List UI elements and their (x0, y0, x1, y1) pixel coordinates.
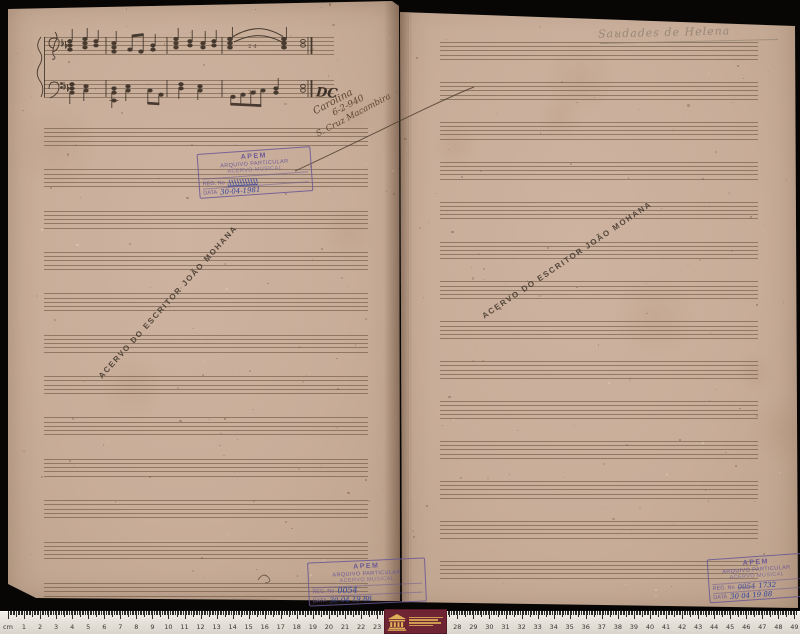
speck (16, 53, 17, 54)
speck (285, 521, 287, 523)
speck (291, 528, 293, 530)
speck (365, 479, 367, 481)
speck (448, 396, 450, 398)
staff-line (440, 214, 758, 215)
staff-line (440, 538, 758, 539)
staff-line (440, 46, 758, 47)
staff-line (44, 37, 334, 38)
speck (436, 193, 437, 194)
ruler-number: 48 (774, 623, 782, 631)
staff-line (44, 546, 368, 547)
speck (284, 103, 286, 105)
ruler-number: 40 (646, 623, 654, 631)
speck (41, 476, 43, 478)
speck (446, 39, 447, 40)
ruler-number: 13 (212, 623, 220, 631)
speck (69, 460, 71, 462)
speck (570, 163, 572, 165)
speck (219, 445, 220, 446)
speck (603, 463, 605, 465)
archive-plaque (384, 609, 447, 634)
ruler-number: 20 (325, 623, 333, 631)
staff-line (440, 50, 758, 51)
staff-line (440, 202, 758, 203)
speck (74, 465, 75, 466)
staff-line (44, 504, 368, 505)
staff-line (44, 80, 334, 81)
speck (329, 3, 331, 5)
staff-line (440, 370, 758, 371)
staff-line (440, 481, 758, 482)
speck (398, 167, 400, 169)
staff-line (44, 228, 368, 229)
speck (597, 204, 598, 205)
staff-line (440, 441, 758, 442)
staff-line (440, 338, 758, 339)
date-label: DATA (713, 594, 727, 601)
staff-line (44, 467, 368, 468)
ruler-number: 22 (357, 623, 365, 631)
speck (756, 415, 757, 416)
speck (68, 61, 70, 63)
speck (55, 329, 56, 330)
apem-stamp-top-left: APEM ARQUIVO PARTICULAR ACERVO MUSICAL R… (197, 146, 314, 199)
speck (701, 198, 702, 199)
speck (203, 64, 205, 66)
staff-line (440, 139, 758, 140)
speck (460, 477, 462, 479)
staff-line (440, 334, 758, 335)
ruler-number: 8 (134, 623, 138, 631)
staff-line (440, 179, 758, 180)
speck (144, 3, 145, 4)
speck (17, 65, 18, 66)
speck (67, 153, 69, 155)
ruler-number: 2 (38, 623, 42, 631)
speck (129, 243, 131, 245)
staff-line (440, 82, 758, 83)
staff-line (440, 529, 758, 530)
staff-line (44, 476, 368, 477)
speck (628, 181, 630, 183)
speck (389, 38, 390, 39)
ruler-number: 29 (469, 623, 477, 631)
speck (209, 419, 210, 420)
speck (608, 382, 610, 384)
right-page (400, 0, 798, 612)
speck (509, 474, 510, 475)
speck (689, 14, 691, 16)
reg-value-crossed: 0054 (737, 583, 755, 590)
speck (107, 441, 109, 443)
speck (54, 319, 56, 321)
speck (31, 96, 32, 97)
speck (101, 6, 103, 8)
speck (451, 231, 453, 233)
speck (396, 91, 397, 92)
ruler-number: 16 (261, 623, 269, 631)
speck (49, 288, 50, 289)
staff-line (44, 500, 368, 501)
staff-line (44, 93, 334, 94)
speck (227, 534, 229, 536)
staff-line (44, 513, 368, 514)
speck (121, 112, 123, 114)
date-value: 30 04 19 88 (330, 596, 373, 604)
speck (544, 146, 545, 147)
ruler-number: 21 (341, 623, 349, 631)
staff-line (44, 554, 368, 555)
speck (31, 14, 32, 15)
speck (472, 277, 474, 279)
speck (754, 501, 755, 502)
speck (328, 191, 329, 192)
speck (655, 595, 657, 597)
ruler-number: 34 (550, 623, 558, 631)
speck (708, 500, 710, 502)
speck (234, 472, 235, 473)
staff-line (440, 166, 758, 167)
speck (629, 180, 630, 181)
speck (743, 78, 744, 79)
staff-line (44, 302, 368, 303)
ruler-number: 44 (710, 623, 718, 631)
figure-mark-lower: 2 2 (248, 90, 257, 96)
speck (453, 419, 455, 421)
staff-line (44, 542, 368, 543)
ruler-number: 45 (726, 623, 734, 631)
staff-line (44, 417, 368, 418)
speck (89, 249, 91, 251)
staff-line (440, 405, 758, 406)
gutter-fold (408, 10, 411, 604)
staff-line (440, 246, 758, 247)
speck (625, 584, 627, 586)
speck (523, 383, 524, 384)
speck (192, 570, 194, 572)
reg-label: REG. No (712, 584, 734, 592)
staff-line (440, 218, 758, 219)
staff-line (44, 376, 368, 377)
staff-line (44, 50, 334, 51)
speck (347, 286, 348, 287)
ruler-number: 38 (614, 623, 622, 631)
speck (436, 217, 437, 218)
speck (150, 287, 151, 288)
speck (252, 409, 253, 410)
date-label: DATA (203, 190, 217, 197)
staff-line (440, 489, 758, 490)
staff-line (44, 215, 368, 216)
speck (426, 505, 428, 507)
staff-line (440, 521, 758, 522)
speck (416, 57, 418, 59)
staff-line (440, 170, 758, 171)
speck (715, 151, 717, 153)
speck (453, 558, 454, 559)
staff-line (44, 298, 368, 299)
speck (249, 370, 251, 372)
ruler-number: 17 (277, 623, 285, 631)
speck (22, 110, 23, 111)
speck (505, 283, 506, 284)
speck (786, 180, 787, 181)
speck (285, 193, 287, 195)
speck (30, 554, 31, 555)
ruler-number: 6 (102, 623, 106, 631)
staff-line (440, 90, 758, 91)
speck (336, 427, 338, 429)
staff-line (440, 485, 758, 486)
speck (496, 113, 497, 114)
speck (80, 197, 81, 198)
speck (428, 222, 429, 223)
speck (149, 476, 150, 477)
staff-line (44, 430, 368, 431)
speck (267, 283, 269, 285)
speck (369, 330, 370, 331)
staff-line (44, 269, 368, 270)
date-value: 30 04 19 88 (730, 591, 773, 600)
speck (391, 306, 392, 307)
staff-line (44, 97, 334, 98)
speck (419, 227, 421, 229)
staff-line (440, 365, 758, 366)
staff-line (44, 426, 368, 427)
speck (41, 229, 42, 230)
speck (232, 373, 233, 374)
speck (764, 224, 765, 225)
staff-line (440, 59, 758, 60)
speck (332, 24, 334, 26)
speck (123, 322, 124, 323)
speck (392, 170, 394, 172)
ruler-tick (796, 611, 797, 615)
staff-line (44, 339, 368, 340)
speck (476, 349, 477, 350)
staff-line (44, 310, 368, 311)
speck (702, 442, 704, 444)
speck (466, 8, 468, 10)
speck (36, 295, 38, 297)
speck (224, 418, 226, 420)
speck (386, 191, 387, 192)
staff-line (440, 86, 758, 87)
speck (28, 242, 30, 244)
speck (586, 181, 588, 183)
ruler-number: 10 (164, 623, 172, 631)
ruler-number: 35 (566, 623, 574, 631)
staff-line (440, 418, 758, 419)
staff-line (440, 449, 758, 450)
speck (699, 259, 701, 261)
staff-line (440, 99, 758, 100)
speck (371, 472, 372, 473)
speck (639, 507, 641, 509)
speck (687, 118, 688, 119)
ruler-number: 42 (678, 623, 686, 631)
speck (442, 425, 443, 426)
reg-value: 1732 (758, 581, 776, 588)
ruler-number: 31 (501, 623, 509, 631)
speck (471, 267, 472, 268)
speck (768, 71, 769, 72)
staff-line (44, 223, 368, 224)
speck (547, 247, 549, 249)
staff-line (44, 293, 368, 294)
staff-line (440, 42, 758, 43)
manuscript-scan: 2 4 2 2 DC Saudades de Helena Carolina 6… (0, 0, 800, 634)
speck (680, 270, 681, 271)
staff-line (440, 454, 758, 455)
speck (708, 72, 709, 73)
staff-line (44, 517, 368, 518)
staff-line (44, 211, 368, 212)
speck (346, 443, 347, 444)
speck (84, 69, 85, 70)
speck (735, 465, 737, 467)
speck (694, 271, 695, 272)
staff-line (44, 422, 368, 423)
speck (602, 508, 603, 509)
speck (355, 344, 356, 345)
staff-line (44, 434, 368, 435)
ruler-number: 4 (70, 623, 74, 631)
staff-line (440, 361, 758, 362)
speck (576, 287, 578, 289)
staff-line (440, 374, 758, 375)
date-label: DATA (313, 598, 327, 605)
speck (21, 566, 22, 567)
staff-line (44, 54, 334, 55)
staff-line (44, 84, 334, 85)
staff-line (440, 294, 758, 295)
speck (716, 389, 717, 390)
speck (639, 109, 640, 110)
ruler-number: 33 (533, 623, 541, 631)
speck (728, 192, 730, 194)
ruler-number: 15 (245, 623, 253, 631)
ruler-number: 19 (309, 623, 317, 631)
speck (447, 212, 448, 213)
ruler-number: 7 (118, 623, 122, 631)
staff-line (440, 290, 758, 291)
speck (298, 468, 300, 470)
apem-stamp-bottom-left: APEM ARQUIVO PARTICULAR ACERVO MUSICAL R… (307, 557, 427, 606)
speck (365, 163, 367, 165)
speck (538, 295, 540, 297)
staff-line (440, 401, 758, 402)
staff-line (44, 385, 368, 386)
speck (622, 534, 623, 535)
speck (574, 425, 575, 426)
staff-line (44, 463, 368, 464)
speck (661, 208, 662, 209)
speck (729, 19, 731, 21)
speck (290, 35, 292, 37)
ruler-number: 28 (453, 623, 461, 631)
speck (153, 5, 154, 6)
speck (779, 472, 780, 473)
speck (517, 430, 519, 432)
staff-line (44, 550, 368, 551)
staff-line (440, 122, 758, 123)
staff-line (440, 174, 758, 175)
speck (33, 240, 34, 241)
speck (483, 268, 485, 270)
ruler-number: 3 (54, 623, 58, 631)
speck (255, 9, 256, 10)
speck (503, 583, 504, 584)
staff-line (44, 41, 334, 42)
staff-line (440, 414, 758, 415)
staff-line (44, 389, 368, 390)
staff-line (44, 306, 368, 307)
speck (413, 536, 415, 538)
staff-line (44, 352, 368, 353)
ruler-number: 47 (758, 623, 766, 631)
staff-line (440, 445, 758, 446)
staff-line (440, 458, 758, 459)
staff-line (440, 321, 758, 322)
staff-line (44, 335, 368, 336)
staff-line (440, 130, 758, 131)
staff-line (440, 134, 758, 135)
speck (135, 59, 136, 60)
ruler-number: 49 (790, 623, 798, 631)
staff-line (44, 219, 368, 220)
speck (629, 185, 630, 186)
speck (186, 197, 188, 199)
speck (539, 5, 540, 6)
ruler-number: 32 (517, 623, 525, 631)
reg-value: 0054 (337, 587, 358, 594)
date-value: 30-04-1981 (220, 187, 261, 196)
staff-line (44, 145, 368, 146)
figure-mark-upper: 2 4 (248, 44, 257, 50)
staff-line (44, 347, 368, 348)
speck (192, 328, 194, 330)
speck (404, 138, 406, 140)
speck (320, 205, 378, 263)
staff-line (440, 498, 758, 499)
reg-label: REG. No (202, 180, 224, 188)
ruler-unit-label: cm (3, 623, 13, 631)
staff-line (440, 250, 758, 251)
ruler-number: 14 (228, 623, 236, 631)
speck (226, 288, 228, 290)
speck (365, 318, 367, 320)
speck (629, 379, 631, 381)
ruler-number: 37 (598, 623, 606, 631)
staff-line (440, 126, 758, 127)
speck (164, 43, 165, 44)
speck (653, 508, 654, 509)
ruler-number: 1 (22, 623, 26, 631)
staff-line (440, 55, 758, 56)
staff-line (440, 410, 758, 411)
staff-line (440, 206, 758, 207)
speck (671, 586, 672, 587)
apem-stamp-bottom-right: APEM ARQUIVO PARTICULAR ACERVO MUSICAL R… (707, 553, 800, 604)
staff-line (44, 88, 334, 89)
staff-line (440, 210, 758, 211)
ruler-number: 18 (293, 623, 301, 631)
speck (190, 32, 191, 33)
speck (598, 344, 600, 346)
speck (144, 478, 145, 479)
ruler-number: 30 (485, 623, 493, 631)
